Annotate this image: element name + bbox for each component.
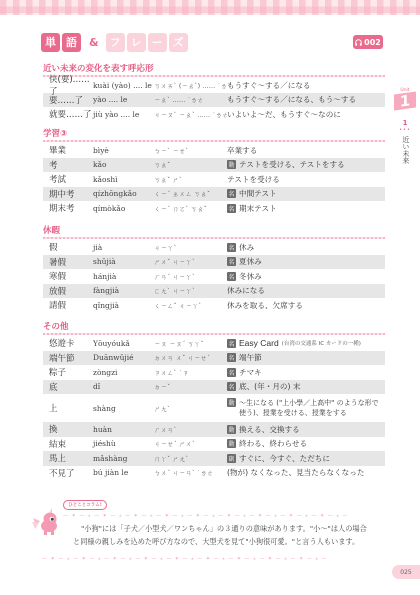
table-row: 期末考 qímòkǎo ㄑㄧˊ ㄇㄛˋ ㄎㄠˇ 名期末テスト	[43, 201, 385, 216]
meaning: 名期末テスト	[227, 203, 385, 214]
meaning-text: 底、(年・月の) 末	[239, 381, 301, 392]
part-of-speech-verb-icon: 動	[227, 425, 236, 434]
column-text: "小狗"には「子犬／小型犬／ワンちゃん」の３通りの意味があります。"小〜"は人の…	[73, 523, 398, 548]
hanzi: 期中考	[43, 188, 93, 200]
table-row: 快(要)……了 kuài (yào) .... le ㄎㄨㄞˋ (ㄧㄠˋ) ………	[43, 78, 385, 93]
table-row: 放假 fàngjià ㄈㄤˋ ㄐㄧㄚˋ 休みになる	[43, 284, 385, 299]
pinyin: kuài (yào) .... le	[93, 81, 154, 90]
pinyin: qízhōngkǎo	[93, 189, 154, 198]
hanzi: 暑假	[43, 256, 93, 268]
title-char: 単	[41, 33, 60, 52]
pinyin: zòngzi	[93, 368, 154, 377]
column-line: と同様の親しみを込めた呼び方なので、大型犬を見て"小狗很可愛。"と言う人もいます…	[73, 536, 398, 549]
dots-divider: •••	[393, 127, 417, 133]
zhuyin: ㄅㄧˋ ㄧㄝˋ	[154, 146, 227, 155]
part-of-speech-verb-icon: 動	[227, 439, 236, 448]
meaning-text: もうすぐ〜する／になる、もう〜する	[227, 94, 356, 105]
section-title: 学習③	[43, 127, 67, 139]
meaning-text: テストを受ける	[227, 174, 280, 185]
zhuyin: ㄎㄠˇ ㄕˋ	[154, 175, 227, 184]
title-char: フ	[106, 33, 125, 52]
meaning-text: (物が) なくなった、見当たらなくなった	[227, 467, 364, 478]
table-row: 端午節 Duānwǔjié ㄉㄨㄢ ㄨˇ ㄐㄧㄝˊ 名端午節	[43, 351, 385, 366]
lesson-number: 1	[393, 119, 417, 127]
pinyin: jià	[93, 243, 154, 252]
audio-track-number: 002	[364, 38, 381, 47]
hanzi: 結束	[43, 438, 93, 450]
hanzi: 畢業	[43, 144, 93, 156]
zhuyin: ㄑㄧㄥˇ ㄐㄧㄚˋ	[154, 301, 227, 310]
hanzi: 要……了	[43, 94, 93, 106]
zhuyin: ㄅㄨˊ ㄐㄧㄢˋ ˙ㄌㄜ	[154, 468, 227, 477]
zhuyin: ㄉㄧˇ	[154, 382, 227, 391]
zhuyin: ㄏㄢˊ ㄐㄧㄚˋ	[154, 272, 227, 281]
meaning: 名冬休み	[227, 271, 385, 282]
decorative-dash-line: — ✶ — ⁎ — ✶ — ⁎ — ✶ — ⁎ — ✶ — ⁎ — ✶ — ⁎ …	[63, 513, 398, 517]
zhuyin: ㄇㄚˇ ㄕㄤˋ	[154, 454, 227, 463]
hanzi: 換	[43, 423, 93, 435]
meaning: 名底、(年・月の) 末	[227, 381, 385, 392]
section-divider	[43, 75, 385, 77]
part-of-speech-noun-icon: 名	[227, 272, 236, 281]
meaning: もうすぐ〜する／になる、もう〜する	[227, 94, 385, 105]
vocab-table: 假 jià ㄐㄧㄚˋ 名休み 暑假 shǔjià ㄕㄨˇ ㄐㄧㄚˋ 名夏休み 寒…	[43, 240, 385, 313]
title-char: レ	[127, 33, 146, 52]
zhuyin: ㄧㄠˋ …… ˙ㄌㄜ	[154, 95, 227, 104]
pinyin: jiù yào .... le	[93, 110, 154, 119]
hanzi: 端午節	[43, 352, 93, 364]
pinyin: mǎshàng	[93, 454, 154, 463]
pinyin: qímòkǎo	[93, 204, 154, 213]
section-title: 休暇	[43, 224, 60, 236]
table-row: 換 huàn ㄏㄨㄢˋ 動換える、交換する	[43, 422, 385, 437]
table-row: 上 shàng ㄕㄤˋ 動〜生になる ("上小學／上高中" のような形で使う)、…	[43, 394, 385, 422]
meaning: 名Easy Card(台湾の交通系 IC カードの一種)	[227, 338, 385, 348]
part-of-speech-noun-icon: 名	[227, 382, 236, 391]
pinyin: shǔjià	[93, 257, 154, 266]
pinyin: qǐngjià	[93, 301, 154, 310]
zhuyin: ㄉㄨㄢ ㄨˇ ㄐㄧㄝˊ	[154, 353, 227, 362]
meaning-text: 夏休み	[239, 256, 262, 267]
vocab-table: 快(要)……了 kuài (yào) .... le ㄎㄨㄞˋ (ㄧㄠˋ) ………	[43, 78, 385, 122]
meaning-text: Easy Card	[239, 338, 279, 348]
table-row: 請假 qǐngjià ㄑㄧㄥˇ ㄐㄧㄚˋ 休みを取る、欠席する	[43, 298, 385, 313]
meaning-text: 換える、交換する	[239, 424, 300, 435]
meaning: 動〜生になる ("上小學／上高中" のような形で使う)、授業を受ける、授業をする	[227, 398, 385, 418]
meaning: もうすぐ〜する／になる	[227, 80, 385, 91]
hanzi: 寒假	[43, 270, 93, 282]
hanzi: 期末考	[43, 202, 93, 214]
table-row: 底 dǐ ㄉㄧˇ 名底、(年・月の) 末	[43, 380, 385, 395]
title-ampersand: &	[89, 36, 99, 49]
meaning-text: 終わる、終わらせる	[239, 438, 307, 449]
part-of-speech-noun-icon: 名	[227, 353, 236, 362]
unicorn-mascot-icon	[30, 508, 62, 536]
meaning-text: もうすぐ〜する／になる	[227, 80, 311, 91]
meaning: テストを受ける	[227, 174, 385, 185]
meaning: 動終わる、終わらせる	[227, 438, 385, 449]
meaning: 副すぐに、今すぐ、ただちに	[227, 453, 385, 464]
meaning-text: 冬休み	[239, 271, 262, 282]
section-title: その他	[43, 320, 69, 332]
meaning-text: いよいよ〜だ、もうすぐ〜なのに	[227, 109, 341, 120]
section-title: 近い未来の変化を表す呼応形	[43, 62, 154, 74]
meaning-text: 休みを取る、欠席する	[227, 300, 303, 311]
part-of-speech-noun-icon: 名	[227, 339, 236, 348]
pinyin: Yōuyóukǎ	[93, 339, 154, 348]
pinyin: jiéshù	[93, 439, 154, 448]
part-of-speech-noun-icon: 名	[227, 189, 236, 198]
pinyin: dǐ	[93, 382, 154, 391]
column-box: ひとことコラム! — ✶ — ⁎ — ✶ — ⁎ — ✶ — ⁎ — ✶ — ⁎…	[30, 500, 395, 570]
section-divider	[43, 333, 385, 335]
column-line: "小狗"には「子犬／小型犬／ワンちゃん」の３通りの意味があります。"小〜"は人の…	[73, 523, 398, 536]
zhuyin: ㄈㄤˋ ㄐㄧㄚˋ	[154, 286, 227, 295]
audio-track-badge[interactable]: 002	[353, 35, 383, 49]
title-char: ー	[148, 33, 167, 52]
part-of-speech-verb-icon: 動	[227, 160, 236, 169]
hanzi: 就要……了	[43, 108, 93, 120]
section-divider	[43, 237, 385, 239]
pinyin: Duānwǔjié	[93, 353, 154, 362]
pinyin: shàng	[93, 404, 154, 413]
section-divider	[43, 140, 385, 142]
hanzi: 粽子	[43, 366, 93, 378]
meaning: (物が) なくなった、見当たらなくなった	[227, 467, 385, 478]
vocab-table: 悠遊卡 Yōuyóukǎ ㄧㄡ ㄧㄡˊ ㄎㄚˇ 名Easy Card(台湾の交通…	[43, 336, 385, 480]
zhuyin: ㄏㄨㄢˋ	[154, 425, 227, 434]
part-of-speech-noun-icon: 名	[227, 204, 236, 213]
table-row: 期中考 qízhōngkǎo ㄑㄧˊ ㄓㄨㄥ ㄎㄠˇ 名中間テスト	[43, 187, 385, 202]
column-tag: ひとことコラム!	[63, 500, 107, 510]
table-row: 考 kǎo ㄎㄠˇ 動テストを受ける、テストをする	[43, 158, 385, 173]
part-of-speech-noun-icon: 名	[227, 257, 236, 266]
table-row: 畢業 bìyè ㄅㄧˋ ㄧㄝˋ 卒業する	[43, 143, 385, 158]
zhuyin: ㄕㄤˋ	[154, 404, 227, 413]
hanzi: 馬上	[43, 452, 93, 464]
meaning-text: 〜生になる ("上小學／上高中" のような形で使う)、授業を受ける、授業をする	[239, 398, 385, 418]
meaning-text: テストを受ける、テストをする	[239, 159, 345, 170]
zhuyin: ㄐㄧㄝˊ ㄕㄨˋ	[154, 439, 227, 448]
vocab-table: 畢業 bìyè ㄅㄧˋ ㄧㄝˋ 卒業する 考 kǎo ㄎㄠˇ 動テストを受ける、…	[43, 143, 385, 216]
part-of-speech-verb-icon: 動	[227, 398, 236, 407]
meaning: 休みを取る、欠席する	[227, 300, 385, 311]
table-row: 假 jià ㄐㄧㄚˋ 名休み	[43, 240, 385, 255]
table-row: 馬上 mǎshàng ㄇㄚˇ ㄕㄤˋ 副すぐに、今すぐ、ただちに	[43, 451, 385, 466]
zhuyin: ㄐㄧㄡˋ ㄧㄠˋ …… ˙ㄌㄜ	[154, 110, 227, 119]
hanzi: 上	[43, 402, 93, 414]
hanzi: 假	[43, 241, 93, 253]
table-row: 寒假 hánjià ㄏㄢˊ ㄐㄧㄚˋ 名冬休み	[43, 269, 385, 284]
pinyin: kǎoshì	[93, 175, 154, 184]
pinyin: kǎo	[93, 160, 154, 169]
pinyin: hánjià	[93, 272, 154, 281]
hanzi: 不見了	[43, 467, 93, 479]
hanzi: 請假	[43, 299, 93, 311]
pinyin: huàn	[93, 425, 154, 434]
title-char: 語	[62, 33, 81, 52]
table-row: 暑假 shǔjià ㄕㄨˇ ㄐㄧㄚˋ 名夏休み	[43, 255, 385, 270]
part-of-speech-noun-icon: 名	[227, 368, 236, 377]
table-row: 粽子 zòngzi ㄗㄨㄥˋ ˙ㄗ 名チマキ	[43, 365, 385, 380]
title-char: ズ	[169, 33, 188, 52]
zhuyin: ㄕㄨˇ ㄐㄧㄚˋ	[154, 257, 227, 266]
table-row: 考試 kǎoshì ㄎㄠˇ ㄕˋ テストを受ける	[43, 172, 385, 187]
table-row: 不見了 bú jiàn le ㄅㄨˊ ㄐㄧㄢˋ ˙ㄌㄜ (物が) なくなった、見…	[43, 466, 385, 481]
hanzi: 考	[43, 159, 93, 171]
meaning: 名休み	[227, 242, 385, 253]
part-of-speech-adverb-icon: 副	[227, 454, 236, 463]
zhuyin: ㄐㄧㄚˋ	[154, 243, 227, 252]
part-of-speech-noun-icon: 名	[227, 243, 236, 252]
pinyin: yào .... le	[93, 95, 154, 104]
meaning-text: チマキ	[239, 367, 262, 378]
zhuyin: ㄑㄧˊ ㄇㄛˋ ㄎㄠˇ	[154, 204, 227, 213]
meaning: 名中間テスト	[227, 188, 385, 199]
meaning-text: 休み	[239, 242, 254, 253]
pinyin: bú jiàn le	[93, 468, 154, 477]
pinyin: bìyè	[93, 146, 154, 155]
table-row: 結束 jiéshù ㄐㄧㄝˊ ㄕㄨˋ 動終わる、終わらせる	[43, 437, 385, 452]
meaning-text: 中間テスト	[239, 188, 277, 199]
meaning: 名端午節	[227, 352, 385, 363]
hanzi: 底	[43, 381, 93, 393]
meaning: 卒業する	[227, 145, 385, 156]
zhuyin: ㄧㄡ ㄧㄡˊ ㄎㄚˇ	[154, 339, 227, 348]
meaning-text: 端午節	[239, 352, 262, 363]
zhuyin: ㄎㄨㄞˋ (ㄧㄠˋ) …… ˙ㄌㄜ	[154, 81, 227, 90]
pinyin: fàngjià	[93, 286, 154, 295]
table-row: 悠遊卡 Yōuyóukǎ ㄧㄡ ㄧㄡˊ ㄎㄚˇ 名Easy Card(台湾の交通…	[43, 336, 385, 351]
table-row: 就要……了 jiù yào .... le ㄐㄧㄡˋ ㄧㄠˋ …… ˙ㄌㄜ いよ…	[43, 107, 385, 122]
meaning: いよいよ〜だ、もうすぐ〜なのに	[227, 109, 385, 120]
unit-side-tab: Unit 1 1 ••• 近い未来	[393, 88, 417, 164]
meaning: 名チマキ	[227, 367, 385, 378]
hanzi: 悠遊卡	[43, 337, 93, 349]
meaning: 動換える、交換する	[227, 424, 385, 435]
lesson-title: 近い未来	[401, 136, 409, 164]
meaning-text: すぐに、今すぐ、ただちに	[239, 453, 330, 464]
decorative-dash-line: — ✶ — ⁎ — ✶ — ⁎ — ✶ — ⁎ — ✶ — ⁎ — ✶ — ⁎ …	[42, 556, 398, 560]
unit-number: 1	[394, 91, 416, 110]
meaning-text: 休みになる	[227, 285, 265, 296]
meaning: 休みになる	[227, 285, 385, 296]
page-number: 025	[392, 565, 420, 579]
meaning-note: (台湾の交通系 IC カードの一種)	[282, 339, 361, 347]
meaning-text: 期末テスト	[239, 203, 277, 214]
hanzi: 放假	[43, 285, 93, 297]
zhuyin: ㄑㄧˊ ㄓㄨㄥ ㄎㄠˇ	[154, 189, 227, 198]
meaning: 名夏休み	[227, 256, 385, 267]
gingham-top-border	[0, 0, 420, 15]
headphones-icon	[355, 39, 362, 46]
zhuyin: ㄎㄠˇ	[154, 160, 227, 169]
meaning-text: 卒業する	[227, 145, 257, 156]
table-row: 要……了 yào .... le ㄧㄠˋ …… ˙ㄌㄜ もうすぐ〜する／になる、…	[43, 93, 385, 108]
meaning: 動テストを受ける、テストをする	[227, 159, 385, 170]
page-header: 単 語 & フ レ ー ズ	[41, 32, 190, 52]
hanzi: 考試	[43, 173, 93, 185]
zhuyin: ㄗㄨㄥˋ ˙ㄗ	[154, 368, 227, 377]
